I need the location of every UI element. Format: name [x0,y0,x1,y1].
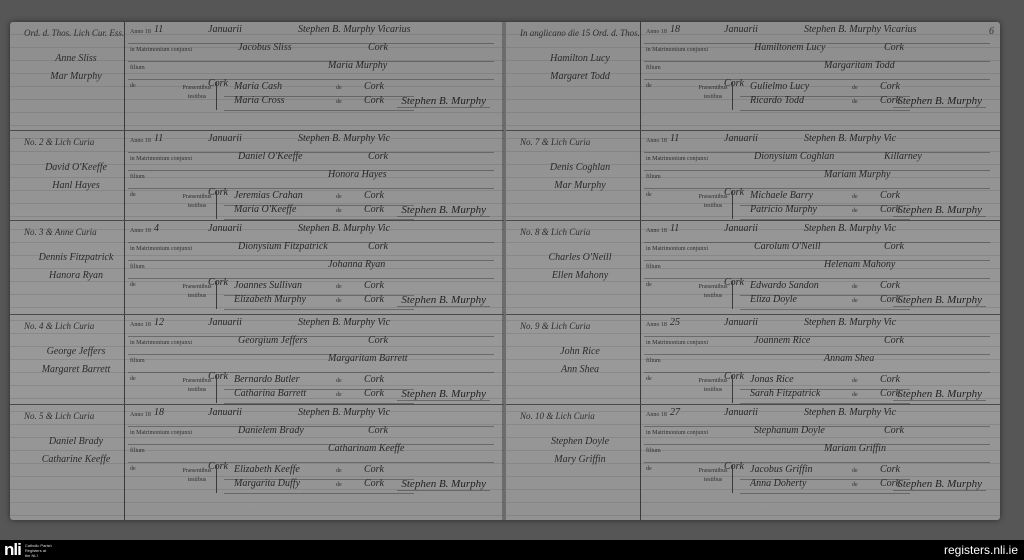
entry-header: No. 10 & Lich Curia [520,411,620,421]
witness-label: Præsentibustestibus [178,281,217,309]
entry-form: Anno 1818JanuariiStephen B. Murphy Vicar… [644,26,990,97]
marriage-entry: No. 4 & Lich Curia George Jeffers Margar… [10,314,504,405]
witness-label: Præsentibustestibus [178,465,217,493]
register-scan[interactable]: Ord. d. Thos. Lich Cur. Ess. Anne Sliss … [10,22,1000,520]
nli-logo-mark: nli [4,542,21,558]
marriage-entry: No. 3 & Anne Curia Dennis Fitzpatrick Ha… [10,220,504,311]
marriage-entry: No. 8 & Lich Curia Charles O'Neill Ellen… [506,220,1000,311]
couple-names: Denis Coghlan Mar Murphy [532,159,628,195]
marriage-entry: No. 5 & Lich Curia Daniel Brady Catharin… [10,404,504,515]
couple-names: Stephen Doyle Mary Griffin [532,433,628,469]
entry-form: Anno 1818JanuariiStephen B. Murphy Vic i… [128,409,494,480]
entry-form: Anno 1811JanuariiStephen B. Murphy Vic i… [644,135,990,206]
entry-header: In anglicano die 15 Ord. d. Thos. Lich C… [520,28,640,38]
priest-signature: Stephen B. Murphy [397,478,490,491]
witness-line: Maria CrossdeCork [224,98,414,111]
witness-label: Præsentibustestibus [694,375,733,403]
couple-names: Charles O'Neill Ellen Mahony [532,249,628,285]
marriage-entry: Ord. d. Thos. Lich Cur. Ess. Anne Sliss … [10,22,504,112]
witness-line: Anna DohertydeCork [740,481,910,494]
entry-form: Anno 1811JanuariiStephen B. Murphy Vic i… [128,135,494,206]
priest-signature: Stephen B. Murphy [893,388,986,401]
entry-header: No. 7 & Lich Curia [520,137,620,147]
entry-header: No. 9 & Lich Curia [520,321,620,331]
entry-header: No. 3 & Anne Curia [24,227,124,237]
marriage-entry: In anglicano die 15 Ord. d. Thos. Lich C… [506,22,1000,112]
couple-names: Dennis Fitzpatrick Hanora Ryan [28,249,124,285]
witness-line: Margarita DuffydeCork [224,481,414,494]
witness-label: Præsentibustestibus [694,281,733,309]
entry-header: No. 5 & Lich Curia [24,411,124,421]
witness-label: Præsentibustestibus [178,82,217,110]
marriage-entry: No. 7 & Lich Curia Denis Coghlan Mar Mur… [506,130,1000,221]
witness-line: Ricardo TodddeCork [740,98,910,111]
priest-signature: Stephen B. Murphy [893,294,986,307]
priest-signature: Stephen B. Murphy [397,388,490,401]
witness-line: Eliza DoyledeCork [740,297,910,310]
priest-signature: Stephen B. Murphy [397,294,490,307]
priest-signature: Stephen B. Murphy [893,478,986,491]
priest-signature: Stephen B. Murphy [893,95,986,108]
priest-signature: Stephen B. Murphy [893,204,986,217]
marriage-entry: No. 10 & Lich Curia Stephen Doyle Mary G… [506,404,1000,515]
entry-form: Anno 1825JanuariiStephen B. Murphy Vic i… [644,319,990,390]
couple-names: Hamilton Lucy Margaret Todd [532,50,628,86]
marriage-entry: No. 9 & Lich Curia John Rice Ann Shea An… [506,314,1000,405]
witness-line: Catharina BarrettdeCork [224,391,414,404]
entry-form: Anno 1812JanuariiStephen B. Murphy Vic i… [128,319,494,390]
entry-form: Anno 1811JanuariiStephen B. Murphy Vic i… [644,225,990,296]
witness-label: Præsentibustestibus [178,375,217,403]
witness-label: Præsentibustestibus [178,191,217,219]
entry-header: No. 2 & Lich Curia [24,137,124,147]
witness-line: Maria O'KeeffedeCork [224,207,414,220]
marriage-entry: No. 2 & Lich Curia David O'Keeffe Hanl H… [10,130,504,221]
priest-signature: Stephen B. Murphy [397,95,490,108]
left-page: Ord. d. Thos. Lich Cur. Ess. Anne Sliss … [10,22,504,520]
couple-names: Anne Sliss Mar Murphy [28,50,124,86]
nli-logo-text: Catholic Parish Registers at the NLI [25,543,52,558]
witness-line: Patricio MurphydeCork [740,207,910,220]
site-link[interactable]: registers.nli.ie [944,543,1018,557]
witness-label: Præsentibustestibus [694,465,733,493]
couple-names: George Jeffers Margaret Barrett [28,343,124,379]
nli-logo[interactable]: nli Catholic Parish Registers at the NLI [4,542,52,558]
witness-line: Sarah FitzpatrickdeCork [740,391,910,404]
witness-label: Præsentibustestibus [694,82,733,110]
entry-form: Anno 1811JanuariiStephen B. Murphy Vicar… [128,26,494,97]
entry-form: Anno 184JanuariiStephen B. Murphy Vic in… [128,225,494,296]
witness-label: Præsentibustestibus [694,191,733,219]
witness-line: Elizabeth MurphydeCork [224,297,414,310]
couple-names: Daniel Brady Catharine Keeffe [28,433,124,469]
priest-signature: Stephen B. Murphy [397,204,490,217]
entry-header: No. 8 & Lich Curia [520,227,620,237]
entry-header: No. 4 & Lich Curia [24,321,124,331]
couple-names: David O'Keeffe Hanl Hayes [28,159,124,195]
footer-bar: nli Catholic Parish Registers at the NLI… [0,540,1024,560]
couple-names: John Rice Ann Shea [532,343,628,379]
image-viewer[interactable]: Ord. d. Thos. Lich Cur. Ess. Anne Sliss … [0,0,1024,540]
entry-form: Anno 1827JanuariiStephen B. Murphy Vic i… [644,409,990,480]
entry-header: Ord. d. Thos. Lich Cur. Ess. [24,28,124,38]
right-page: 6 In anglicano die 15 Ord. d. Thos. Lich… [506,22,1000,520]
